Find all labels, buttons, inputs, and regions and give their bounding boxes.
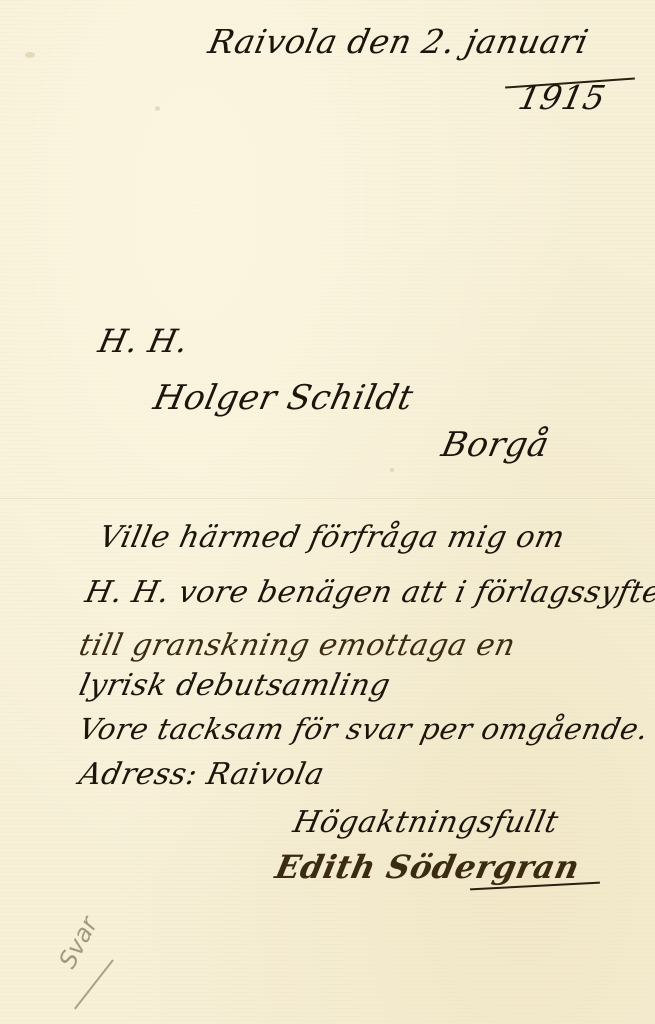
paper-stain bbox=[390, 468, 394, 472]
paper-fold-line bbox=[0, 498, 655, 500]
address-line: Adress: Raivola bbox=[76, 757, 328, 792]
body-line: till granskning emottaga en bbox=[76, 628, 519, 663]
header-place-date: Raivola den 2. januari bbox=[205, 22, 592, 61]
header-year: 1915 bbox=[515, 78, 609, 117]
body-line: Ville härmed förfråga mig om bbox=[96, 520, 568, 555]
signature: Edith Södergran bbox=[272, 848, 583, 886]
valediction: Högaktningsfullt bbox=[290, 805, 562, 840]
pencil-annotation: Svar bbox=[53, 912, 103, 973]
body-line: Vore tacksam för svar per omgående. bbox=[76, 712, 652, 746]
body-line: H. H. vore benägen att i förlagssyfte bbox=[82, 575, 655, 610]
body-line: lyrisk debutsamling bbox=[76, 668, 394, 703]
letter-page: Raivola den 2. januari 1915 H. H. Holger… bbox=[0, 0, 655, 1024]
recipient-name: Holger Schildt bbox=[150, 378, 417, 418]
paper-stain bbox=[25, 52, 35, 58]
salutation: H. H. bbox=[95, 322, 192, 360]
recipient-location: Borgå bbox=[438, 425, 553, 465]
paper-stain bbox=[155, 106, 160, 111]
